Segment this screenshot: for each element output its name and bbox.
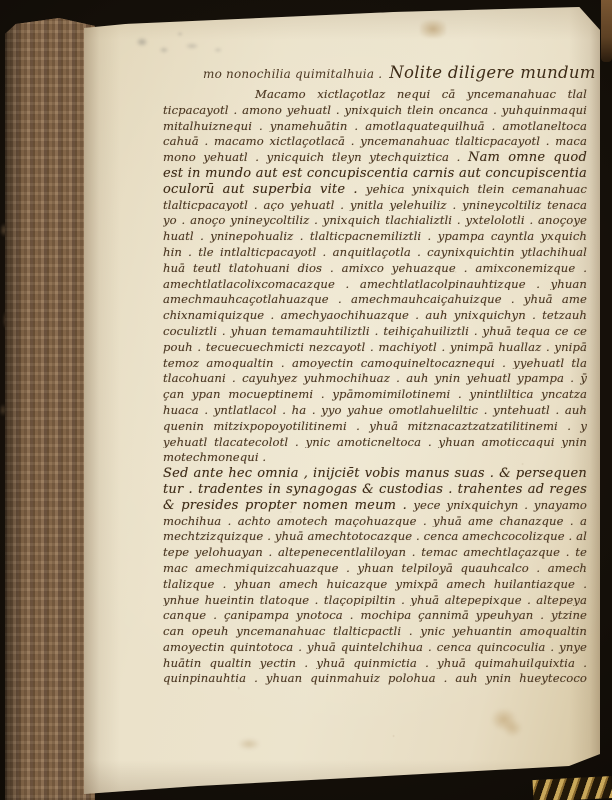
text-line: tlacohuani . cayuhyez yuhmochihuaz . auh… (163, 369, 587, 385)
paragraphs: Macamo xictlaçotlaz nequi cā yncemanahua… (163, 85, 587, 685)
text-line: huā teutl tlatohuani dios . amixco yehua… (163, 259, 587, 275)
nahuatl-text-run: mochihua . achto amotech maçohuazque . y… (163, 514, 587, 528)
nahuatl-text-run: tlalizque . yhuan amech huicazque ymixpā… (163, 577, 587, 591)
endband (532, 776, 612, 800)
latin-text-run: Sed ante hec omnia , inijciēt vobis manu… (163, 466, 587, 480)
binding-sliver (601, 0, 612, 62)
text-line: mochihua . achto amotech maçohuazque . y… (163, 512, 587, 528)
nahuatl-text-run: mono yehuatl . ynicquich tleyn ytechquiz… (163, 150, 468, 164)
nahuatl-text-run: cahuā . macamo xictlaçotlacā . yncemanah… (163, 134, 587, 148)
nahuatl-text-run: tepe yelohuayan . altepenecentlaliloyan … (163, 545, 587, 559)
text-line: coculiztli . yhuan temamauhtiliztli . te… (163, 322, 587, 338)
text-line: amechmauhcaçotlahuazque . amechmauhcaiça… (163, 290, 587, 306)
text-line: quinpinauhtia . yhuan quinmahuiz polohua… (163, 669, 587, 685)
book-fore-edge (5, 0, 95, 800)
text-line: & presides propter nomen meum . yece yni… (163, 496, 587, 512)
latin-text-run: Nam omne quod (468, 150, 587, 164)
nahuatl-text-run: Macamo xictlaçotlaz nequi cā yncemanahua… (255, 87, 587, 101)
text-line: mitalhuiznequi . ynamehuātin . amotlaqua… (163, 117, 587, 133)
nahuatl-text-run: motechmonequi . (163, 450, 266, 464)
nahuatl-text-run: ynhue hueintin tlatoque . tlaçopipiltin … (163, 593, 587, 607)
manuscript-page: mo nonochilia quimitalhuia .Nolite dilig… (84, 0, 600, 800)
text-line: çan ypan mocueptinemi . ypāmomimilotinem… (163, 385, 587, 401)
nahuatl-text-run: huātin qualtin yectin . yhuā quinmictia … (163, 656, 587, 670)
nahuatl-text-run: mac amechmiquizcahuazque . yhuan telpilo… (163, 561, 587, 575)
text-line: Sed ante hec omnia , inijciēt vobis manu… (163, 464, 587, 480)
text-line: motechmonequi . (163, 448, 587, 464)
nahuatl-text-run: yehuatl tlacatecolotl . ynic amoticnelto… (163, 435, 587, 449)
nahuatl-text-run: yehica ynixquich tlein cemanahuac (366, 182, 587, 196)
nahuatl-text-run: tlalticpacayotl . aço yehuatl . ynitla y… (163, 198, 587, 212)
nahuatl-text-run: huaca . yntlatlacol . ha . yyo yahue omo… (163, 403, 587, 417)
nahuatl-text-run: yo . anoço ynineycoltiliz . ynixquich tl… (163, 213, 587, 227)
nahuatl-text-run: çan ypan mocueptinemi . ypāmomimilotinem… (163, 387, 587, 401)
text-line: est in mundo aut est concupiscentia carn… (163, 164, 587, 180)
nahuatl-text-run: amoyectin quintotoca . yhuā quintelchihu… (163, 640, 587, 654)
text-line: huaca . yntlatlacol . ha . yyo yahue omo… (163, 401, 587, 417)
nahuatl-text-run: yece ynixquichyn . ynayamo (413, 498, 587, 512)
latin-text-run: & presides propter nomen meum . (163, 498, 413, 512)
text-line: cahuā . macamo xictlaçotlacā . yncemanah… (163, 132, 587, 148)
ink-stain-bottom (484, 706, 528, 740)
text-line: ticpacayotl . amono yehuatl . ynixquich … (163, 101, 587, 117)
text-line: ynhue hueintin tlatoque . tlaçopipiltin … (163, 591, 587, 607)
text-line: huatl . yninepohualiz . tlalticpacnemili… (163, 227, 587, 243)
text-line: hin . tle intlalticpacayotl . anquitlaço… (163, 243, 587, 259)
nahuatl-text-run: coculiztli . yhuan temamauhtiliztli . te… (163, 324, 587, 338)
running-header: mo nonochilia quimitalhuia .Nolite dilig… (203, 63, 587, 85)
text-line: tur . tradentes in synagogas & custodias… (163, 480, 587, 496)
header-latin-title: Nolite diligere mundum (389, 63, 596, 82)
text-line: mechtzizquizque . yhuā amechtotocazque .… (163, 527, 587, 543)
text-line: tepe yelohuayan . altepenecentlaliloyan … (163, 543, 587, 559)
nahuatl-text-run: can opeuh yncemanahuac tlalticpactli . y… (163, 624, 587, 638)
nahuatl-text-run: huā teutl tlatohuani dios . amixco yehua… (163, 261, 587, 275)
latin-text-run: oculorū aut superbia vite . (163, 182, 366, 196)
nahuatl-text-run: huatl . yninepohualiz . tlalticpacnemili… (163, 229, 587, 243)
nahuatl-text-run: tlacohuani . cayuhyez yuhmochihuaz . auh… (163, 371, 587, 385)
text-block: mo nonochilia quimitalhuia .Nolite dilig… (163, 63, 587, 685)
header-nahuatl-text: mo nonochilia quimitalhuia . (203, 67, 382, 81)
nahuatl-text-run: chixnamiquizque . amechyaochihuazque . a… (163, 308, 587, 322)
text-line: tlalizque . yhuan amech huicazque ymixpā… (163, 575, 587, 591)
nahuatl-text-run: ticpacayotl . amono yehuatl . ynixquich … (163, 103, 587, 117)
text-line: yehuatl tlacatecolotl . ynic amoticnelto… (163, 433, 587, 449)
nahuatl-text-run: hin . tle intlalticpacayotl . anquitlaço… (163, 245, 587, 259)
text-line: Macamo xictlaçotlaz nequi cā yncemanahua… (163, 85, 587, 101)
text-line: chixnamiquizque . amechyaochihuazque . a… (163, 306, 587, 322)
text-line: pouh . tecuecuechmicti nezcayotl . machi… (163, 338, 587, 354)
nahuatl-text-run: pouh . tecuecuechmicti nezcayotl . machi… (163, 340, 587, 354)
pencil-smudge (130, 20, 240, 64)
manuscript-photo: mo nonochilia quimitalhuia .Nolite dilig… (0, 0, 612, 800)
nahuatl-text-run: quenin mitzixpopoyotilitinemi . yhuā mit… (163, 419, 587, 433)
nahuatl-text-run: amechtlatlacolixcomacazque . amechtlatla… (163, 277, 587, 291)
text-line: tlalticpacayotl . aço yehuatl . ynitla y… (163, 196, 587, 212)
text-line: mac amechmiquizcahuazque . yhuan telpilo… (163, 559, 587, 575)
ink-stain-top (420, 20, 446, 38)
ink-stain-bottom-left (234, 736, 264, 752)
text-line: amoyectin quintotoca . yhuā quintelchihu… (163, 638, 587, 654)
nahuatl-text-run: mechtzizquizque . yhuā amechtotocazque .… (163, 529, 587, 543)
text-line: canque . çanipampa ynotoca . mochipa çan… (163, 606, 587, 622)
text-line: quenin mitzixpopoyotilitinemi . yhuā mit… (163, 417, 587, 433)
latin-text-run: est in mundo aut est concupiscentia carn… (163, 166, 587, 180)
paragraph: Sed ante hec omnia , inijciēt vobis manu… (163, 464, 587, 685)
text-line: mono yehuatl . ynicquich tleyn ytechquiz… (163, 148, 587, 164)
text-line: amechtlatlacolixcomacazque . amechtlatla… (163, 275, 587, 291)
paragraph: Macamo xictlaçotlaz nequi cā yncemanahua… (163, 85, 587, 464)
nahuatl-text-run: temoz amoqualtin . amoyectin camoquinelt… (163, 356, 587, 370)
latin-text-run: tur . tradentes in synagogas & custodias… (163, 482, 587, 496)
text-line: oculorū aut superbia vite . yehica ynixq… (163, 180, 587, 196)
nahuatl-text-run: mitalhuiznequi . ynamehuātin . amotlaqua… (163, 119, 587, 133)
text-line: yo . anoço ynineycoltiliz . ynixquich tl… (163, 211, 587, 227)
nahuatl-text-run: canque . çanipampa ynotoca . mochipa çan… (163, 608, 587, 622)
text-line: can opeuh yncemanahuac tlalticpactli . y… (163, 622, 587, 638)
text-line: temoz amoqualtin . amoyectin camoquinelt… (163, 354, 587, 370)
nahuatl-text-run: quinpinauhtia . yhuan quinmahuiz polohua… (163, 671, 587, 685)
text-line: huātin qualtin yectin . yhuā quinmictia … (163, 654, 587, 670)
nahuatl-text-run: amechmauhcaçotlahuazque . amechmauhcaiça… (163, 292, 587, 306)
